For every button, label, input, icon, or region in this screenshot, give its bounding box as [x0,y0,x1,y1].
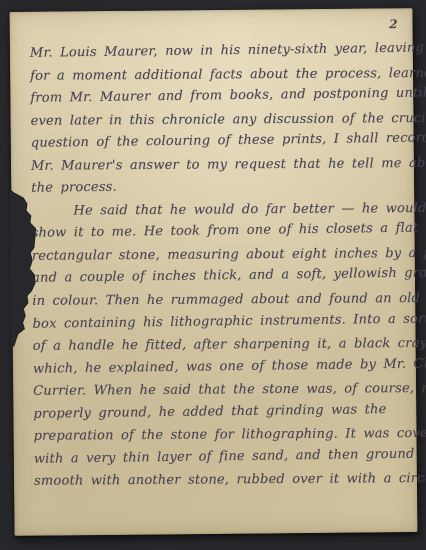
manuscript-page: 2 Mr. Louis Maurer, now in his ninety-si… [9,8,417,536]
photo-background: 2 Mr. Louis Maurer, now in his ninety-si… [0,0,426,550]
manuscript-line: and a couple of inches thick, and a soft… [32,263,411,291]
manuscript-line: smooth with another stone, rubbed over i… [34,468,413,493]
manuscript-line: Mr. Louis Maurer, now in his ninety-sixt… [30,38,409,66]
manuscript-line: properly ground, he added that grinding … [33,398,412,426]
manuscript-line: the process. [31,173,410,201]
torn-edge-left [9,187,53,352]
manuscript-line: with a very thin layer of fine sand, and… [34,443,413,471]
page-number: 2 [389,17,397,31]
manuscript-line: show it to me. He took from one of his c… [31,218,410,246]
manuscript-text: Mr. Louis Maurer, now in his ninety-sixt… [30,39,413,494]
manuscript-line: which, he explained, was one of those ma… [33,353,412,381]
manuscript-line: box containing his lithographic instrume… [32,308,411,336]
manuscript-line: from Mr. Maurer and from books, and post… [30,83,409,111]
manuscript-line: question of the colouring of these print… [31,128,410,156]
